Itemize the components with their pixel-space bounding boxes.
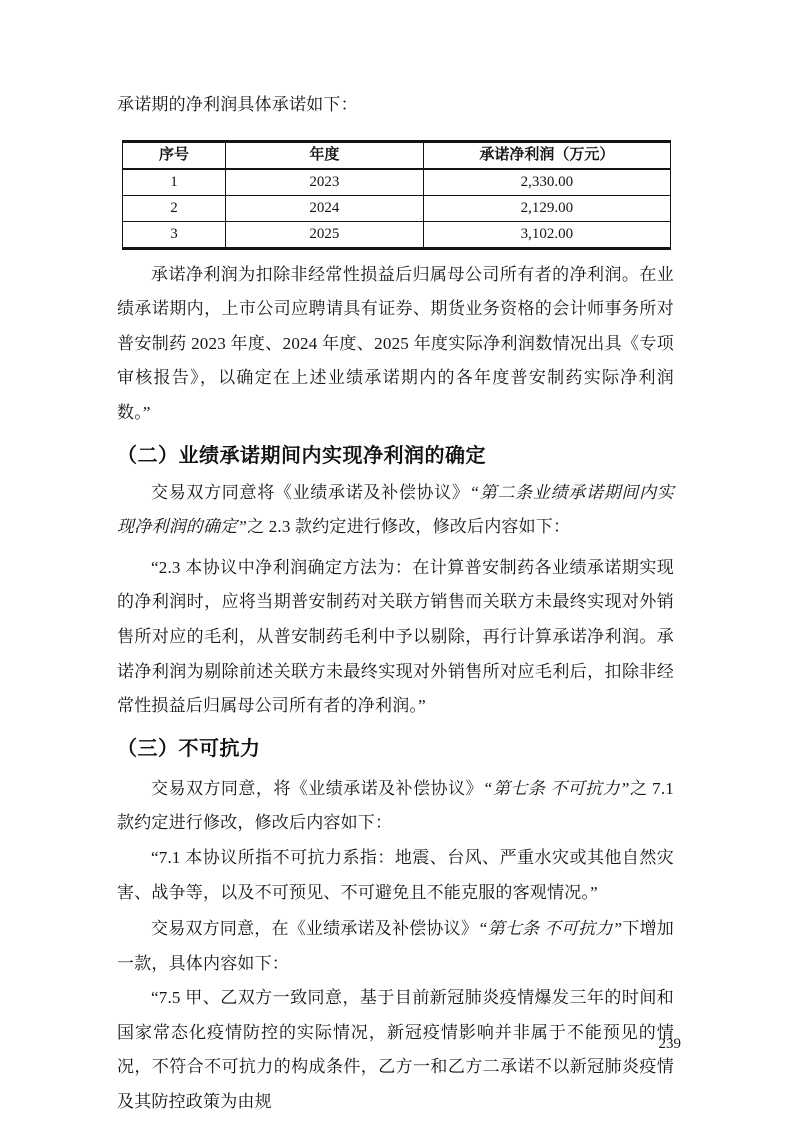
quoted-clause-title: “第七条 不可抗力” [483, 779, 630, 798]
cell-year: 2025 [226, 221, 424, 248]
cell-seq: 3 [123, 221, 226, 248]
paragraph-net-profit-definition: 承诺净利润为扣除非经常性损益后归属母公司所有者的净利润。在业绩承诺期内，上市公司… [117, 258, 674, 431]
text-segment: 之 2.3 款约定进行修改，修改后内容如下： [247, 517, 570, 536]
table-row: 1 2023 2,330.00 [123, 169, 671, 196]
cell-profit: 2,330.00 [423, 169, 670, 196]
text-segment: 交易双方同意将《业绩承诺及补偿协议》 [151, 483, 470, 502]
table-row: 3 2025 3,102.00 [123, 221, 671, 248]
paragraph-clause-2-3: “2.3 本协议中净利润确定方法为：在计算普安制药各业绩承诺期实现的净利润时，应… [117, 551, 674, 724]
quoted-clause-title: “第七条 不可抗力” [478, 919, 622, 938]
document-page: 承诺期的净利润具体承诺如下： 序号 年度 承诺净利润（万元） 1 2023 2,… [0, 0, 793, 1122]
text-segment: 交易双方同意，将《业绩承诺及补偿协议》 [151, 779, 483, 798]
table-header-promised-profit: 承诺净利润（万元） [423, 141, 670, 169]
paragraph-section2-agreement: 交易双方同意将《业绩承诺及补偿协议》“第二条业绩承诺期间内实现净利润的确定”之 … [117, 476, 674, 545]
page-number: 239 [659, 1034, 682, 1054]
section-heading-3: （三）不可抗力 [117, 736, 674, 763]
paragraph-section3-agreement: 交易双方同意，将《业绩承诺及补偿协议》“第七条 不可抗力”之 7.1 款约定进行… [117, 772, 674, 841]
paragraph-clause-7-1: “7.1 本协议所指不可抗力系指：地震、台风、严重水灾或其他自然灾害、战争等，以… [117, 841, 674, 910]
table-row: 2 2024 2,129.00 [123, 195, 671, 221]
paragraph-clause-7-5: “7.5 甲、乙双方一致同意，基于目前新冠肺炎疫情爆发三年的时间和国家常态化疫情… [117, 981, 674, 1119]
page-content: 承诺期的净利润具体承诺如下： 序号 年度 承诺净利润（万元） 1 2023 2,… [117, 0, 674, 1120]
net-profit-commitment-table: 序号 年度 承诺净利润（万元） 1 2023 2,330.00 2 2024 2… [122, 140, 671, 250]
table-header-seq: 序号 [123, 141, 226, 169]
cell-year: 2024 [226, 195, 424, 221]
cell-profit: 2,129.00 [423, 195, 670, 221]
section-heading-2: （二）业绩承诺期间内实现净利润的确定 [117, 443, 674, 470]
paragraph-section3-addition: 交易双方同意，在《业绩承诺及补偿协议》“第七条 不可抗力”下增加一款，具体内容如… [117, 912, 674, 981]
cell-seq: 1 [123, 169, 226, 196]
text-segment: 交易双方同意，在《业绩承诺及补偿协议》 [151, 919, 478, 938]
table-header-row: 序号 年度 承诺净利润（万元） [123, 141, 671, 169]
intro-paragraph: 承诺期的净利润具体承诺如下： [117, 88, 674, 123]
table-header-year: 年度 [226, 141, 424, 169]
cell-year: 2023 [226, 169, 424, 196]
cell-profit: 3,102.00 [423, 221, 670, 248]
cell-seq: 2 [123, 195, 226, 221]
